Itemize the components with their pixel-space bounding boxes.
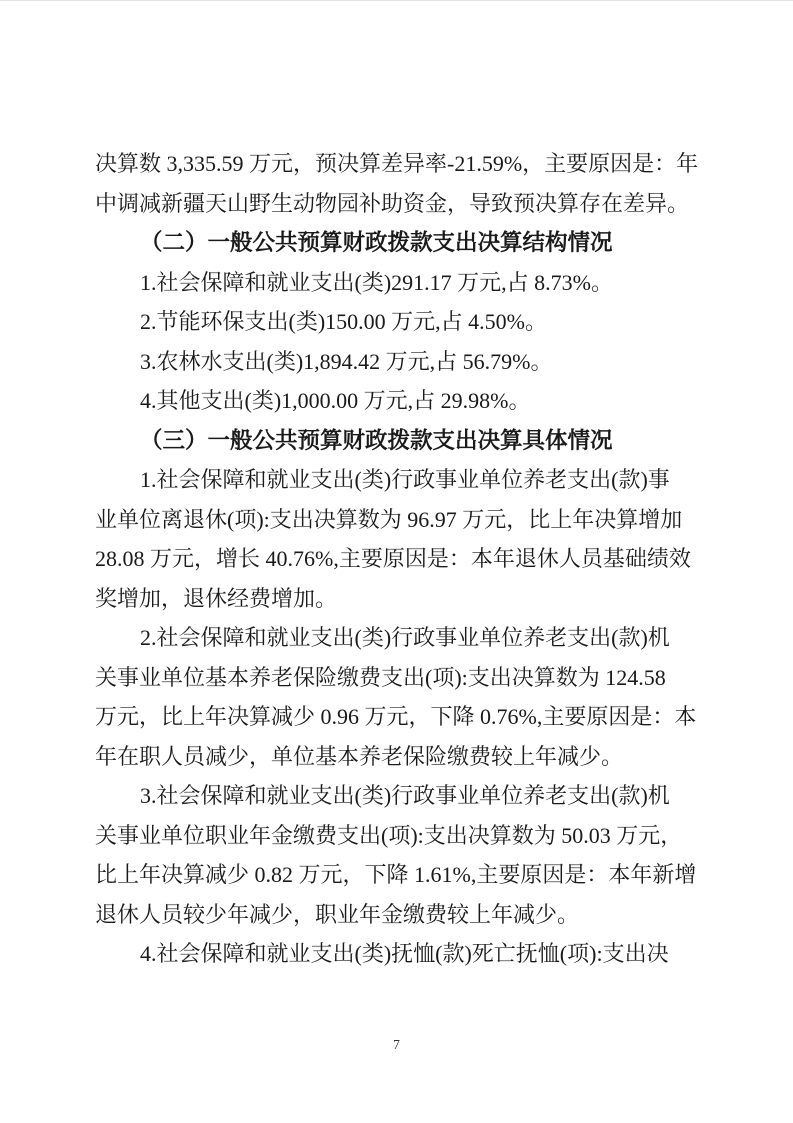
body-line: 3.农林水支出(类)1,894.42 万元,占 56.79%。 [95,342,719,382]
body-line: 退休人员较少年减少，职业年金缴费较上年减少。 [95,895,719,935]
body-line: 关事业单位职业年金缴费支出(项):支出决算数为 50.03 万元， [95,816,719,856]
section-heading: （三）一般公共预算财政拨款支出决算具体情况 [95,421,719,461]
body-line: 28.08 万元，增长 40.76%,主要原因是：本年退休人员基础绩效 [95,539,719,579]
document-body: 决算数 3,335.59 万元，预决算差异率-21.59%，主要原因是：年 中调… [95,144,719,974]
document-page: 决算数 3,335.59 万元，预决算差异率-21.59%，主要原因是：年 中调… [0,0,793,1123]
body-line: 1.社会保障和就业支出(类)291.17 万元,占 8.73%。 [95,263,719,303]
body-line: 业单位离退休(项):支出决算数为 96.97 万元，比上年决算增加 [95,500,719,540]
body-line: 4.社会保障和就业支出(类)抚恤(款)死亡抚恤(项):支出决 [95,934,719,974]
page-number: 7 [0,1037,793,1053]
body-line: 关事业单位基本养老保险缴费支出(项):支出决算数为 124.58 [95,658,719,698]
body-line: 2.节能环保支出(类)150.00 万元,占 4.50%。 [95,302,719,342]
body-line: 奖增加，退休经费增加。 [95,579,719,619]
body-line: 中调减新疆天山野生动物园补助资金，导致预决算存在差异。 [95,184,719,224]
body-line: 3.社会保障和就业支出(类)行政事业单位养老支出(款)机 [95,776,719,816]
body-line: 4.其他支出(类)1,000.00 万元,占 29.98%。 [95,381,719,421]
body-line: 决算数 3,335.59 万元，预决算差异率-21.59%，主要原因是：年 [95,144,719,184]
section-heading: （二）一般公共预算财政拨款支出决算结构情况 [95,223,719,263]
body-line: 1.社会保障和就业支出(类)行政事业单位养老支出(款)事 [95,460,719,500]
body-line: 比上年决算减少 0.82 万元，下降 1.61%,主要原因是：本年新增 [95,855,719,895]
body-line: 2.社会保障和就业支出(类)行政事业单位养老支出(款)机 [95,618,719,658]
body-line: 年在职人员减少，单位基本养老保险缴费较上年减少。 [95,737,719,777]
body-line: 万元，比上年决算减少 0.96 万元，下降 0.76%,主要原因是：本 [95,697,719,737]
